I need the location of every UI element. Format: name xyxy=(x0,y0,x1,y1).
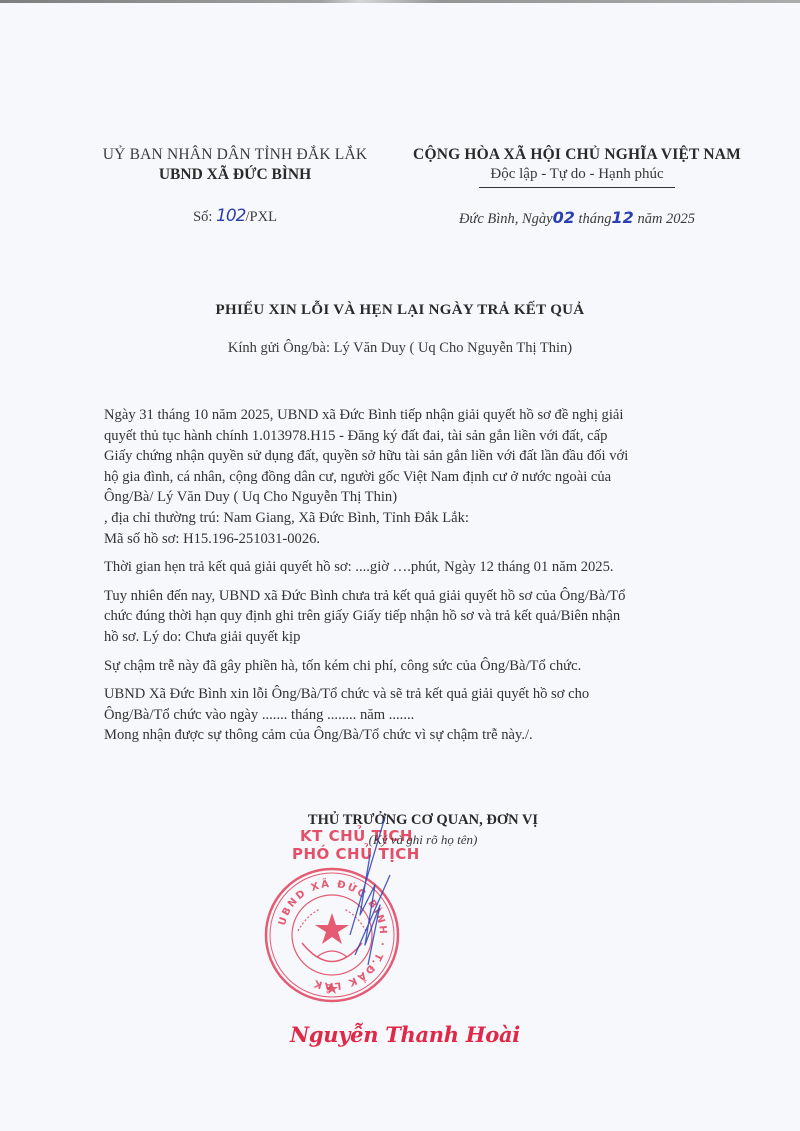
handwritten-signature-icon xyxy=(330,815,450,985)
body-line: , địa chỉ thường trú: Nam Giang, Xã Đức … xyxy=(104,508,756,529)
year-label: năm 2025 xyxy=(637,211,695,227)
file-code: Mã số hồ sơ: H15.196-251031-0026. xyxy=(104,529,756,550)
recipient-line: Kính gửi Ông/bà: Lý Văn Duy ( Uq Cho Ngu… xyxy=(0,340,800,357)
body-line: hộ gia đình, cá nhân, cộng đồng dân cư, … xyxy=(104,467,756,488)
closing-line: Mong nhận được sự thông cảm của Ông/Bà/T… xyxy=(104,725,756,746)
body-line: quyết thủ tục hành chính 1.013978.H15 - … xyxy=(104,426,756,447)
new-return-date: Ông/Bà/Tổ chức vào ngày ....... tháng ..… xyxy=(104,705,756,726)
body-line: UBND Xã Đức Bình xin lỗi Ông/Bà/Tổ chức … xyxy=(104,684,756,705)
national-title: CỘNG HÒA XÃ HỘI CHỦ NGHĨA VIỆT NAM xyxy=(372,146,782,164)
number-suffix: /PXL xyxy=(246,209,277,225)
delay-reason: hồ sơ. Lý do: Chưa giải quyết kịp xyxy=(104,627,756,648)
body-line: Tuy nhiên đến nay, UBND xã Đức Bình chưa… xyxy=(104,586,756,607)
delay-paragraph: Tuy nhiên đến nay, UBND xã Đức Bình chưa… xyxy=(104,586,756,648)
province-committee: UỶ BAN NHÂN DÂN TỈNH ĐẮK LẮK xyxy=(70,146,400,164)
number-label: Số: xyxy=(193,209,212,225)
document-date: Đức Bình, Ngày02 tháng12 năm 2025 xyxy=(372,208,782,228)
document-body: Ngày 31 tháng 10 năm 2025, UBND xã Đức B… xyxy=(104,405,756,746)
signer-name: Nguyễn Thanh Hoài xyxy=(290,1022,520,1047)
body-line: Ngày 31 tháng 10 năm 2025, UBND xã Đức B… xyxy=(104,405,756,426)
body-line: chức đúng thời hạn quy định ghi trên giấ… xyxy=(104,606,756,627)
month-label: tháng xyxy=(579,211,612,227)
apology-paragraph: UBND Xã Đức Bình xin lỗi Ông/Bà/Tổ chức … xyxy=(104,684,756,725)
intake-paragraph: Ngày 31 tháng 10 năm 2025, UBND xã Đức B… xyxy=(104,405,756,549)
handwritten-month: 12 xyxy=(612,208,634,227)
national-header: CỘNG HÒA XÃ HỘI CHỦ NGHĨA VIỆT NAM Độc l… xyxy=(372,146,782,228)
handwritten-number: 102 xyxy=(216,206,245,226)
commune-committee: UBND XÃ ĐỨC BÌNH xyxy=(70,166,400,184)
motto-underline xyxy=(479,187,675,188)
handwritten-day: 02 xyxy=(553,208,575,227)
national-motto: Độc lập - Tự do - Hạnh phúc xyxy=(372,166,782,183)
scan-edge xyxy=(0,0,800,3)
body-line: Giấy chứng nhận quyền sử dụng đất, quyền… xyxy=(104,446,756,467)
document-number: Số: 102/PXL xyxy=(70,206,400,226)
issuer-header: UỶ BAN NHÂN DÂN TỈNH ĐẮK LẮK UBND XÃ ĐỨC… xyxy=(70,146,400,226)
delay-note: Sự chậm trễ này đã gây phiền hà, tốn kém… xyxy=(104,656,756,677)
appointment-time: Thời gian hẹn trả kết quả giải quyết hồ … xyxy=(104,557,756,578)
document-title: PHIẾU XIN LỖI VÀ HẸN LẠI NGÀY TRẢ KẾT QU… xyxy=(0,302,800,319)
body-line: Ông/Bà/ Lý Văn Duy ( Uq Cho Nguyễn Thị T… xyxy=(104,487,756,508)
date-prefix: Đức Bình, Ngày xyxy=(459,211,553,227)
